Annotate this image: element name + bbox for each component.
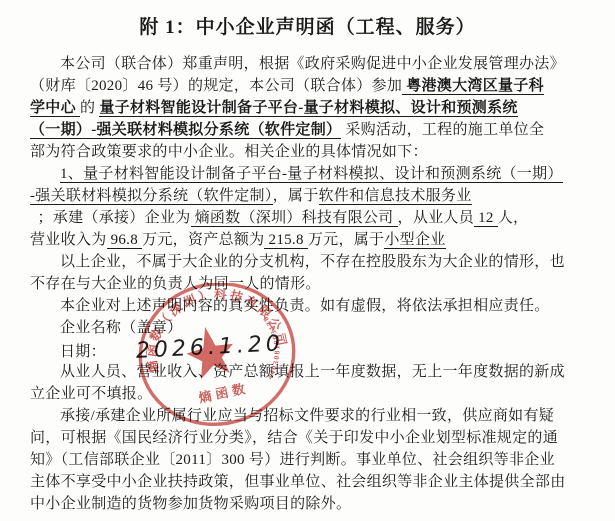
document-page: 附 1：中小企业声明函（工程、服务） 本公司（联合体）郑重声明，根据《政府采购促…	[0, 0, 615, 521]
handwritten-date: 2026.1.20	[135, 333, 284, 363]
document-line: 立企业可不填报。	[30, 383, 585, 405]
document-line: 1、量子材料智能设计制备子平台-量子材料模拟、设计和预测系统（一期）	[30, 163, 585, 185]
text-segment: 小型企业	[384, 232, 445, 249]
text-segment: 万元，资产总额为	[142, 232, 264, 248]
text-segment: 215.8	[264, 232, 307, 249]
document-line: 日期：2026.1.20	[30, 339, 585, 361]
text-segment: 承接/承建企业所属行业应当与招标文件要求的行业相一致，供应商如有疑	[60, 408, 554, 424]
text-segment: ，从业人员	[398, 210, 475, 226]
text-segment: 学中心	[30, 100, 80, 117]
text-segment: 营业收入为	[30, 232, 107, 248]
text-segment: -强关联材料模拟分系统（软件定制）	[30, 188, 273, 205]
text-segment: 本企业对上述声明内容的真实性负责。如有虚假，将依法承担相应责任。	[60, 298, 550, 314]
text-segment: 软件和信息技术服务业	[319, 188, 472, 205]
text-segment: （一期）-强关联材料模拟分系统（软件定制）	[30, 122, 341, 139]
document-line: 问，可根据《国民经济行业分类》，结合《关于印发中小企业划型标准规定的通	[30, 427, 585, 449]
text-segment: 采购活动，工程的施工单位全	[341, 122, 544, 138]
text-segment: ；承建（承接）企业为	[38, 210, 191, 226]
document-line: （一期）-强关联材料模拟分系统（软件定制） 采购活动，工程的施工单位全	[30, 119, 585, 141]
document-line: -强关联材料模拟分系统（软件定制），属于软件和信息技术服务业	[30, 185, 585, 207]
text-segment: 部为符合政策要求的中小企业。相关企业的具体情况如下：	[30, 144, 428, 160]
text-segment: ，属于	[273, 188, 319, 204]
text-segment: 1、量子材料智能设计制备子平台-量子材料模拟、设计和预测系统（一期）	[60, 166, 563, 183]
text-segment: 主体不享受中小企业扶持政策，但事业单位、社会组织等非企业主体提供全部由	[30, 474, 566, 490]
document-line: 学中心 的 量子材料智能设计制备子平台-量子材料模拟、设计和预测系统	[30, 97, 585, 119]
text-segment: 熵函数（深圳）科技有限公司	[191, 210, 398, 227]
document-line: 从业人员、营业收入、资产总额填报上一年度数据，无上一年度数据的新成	[30, 361, 585, 383]
text-segment: 量子材料智能设计制备子平台-量子材料模拟、设计和预测系统	[99, 100, 517, 117]
document-line: 企业名称（盖章）	[30, 317, 585, 339]
text-segment: （财库〔2020〕46 号）的规定，本公司（联合体）参加	[30, 78, 402, 94]
text-segment: 不存在与大企业的负责人为同一人的情形。	[30, 276, 321, 292]
text-segment: 12	[474, 210, 498, 227]
document-line: 以上企业，不属于大企业的分支机构，不存在控股股东为大企业的情形，也	[30, 251, 585, 273]
text-segment: 中小企业制造的货物参加货物采购项目的除外。	[30, 496, 351, 512]
text-segment: 日期：	[60, 344, 106, 360]
page-title: 附 1：中小企业声明函（工程、服务）	[0, 0, 615, 39]
text-segment: 问，可根据《国民经济行业分类》，结合《关于印发中小企业划型标准规定的通	[30, 430, 558, 446]
document-line: ；承建（承接）企业为 熵函数（深圳）科技有限公司 ，从业人员 12 人，	[30, 207, 585, 229]
document-line: 本公司（联合体）郑重声明，根据《政府采购促进中小企业发展管理办法》	[30, 53, 585, 75]
document-line: 不存在与大企业的负责人为同一人的情形。	[30, 273, 585, 295]
text-segment: 从业人员、营业收入、资产总额填报上一年度数据，无上一年度数据的新成	[60, 364, 565, 380]
text-segment: 96.8	[107, 232, 143, 249]
document-line: 部为符合政策要求的中小企业。相关企业的具体情况如下：	[30, 141, 585, 163]
text-segment: 以上企业，不属于大企业的分支机构，不存在控股股东为大企业的情形，也	[60, 254, 565, 270]
document-body: 本公司（联合体）郑重声明，根据《政府采购促进中小企业发展管理办法》（财库〔202…	[0, 53, 615, 515]
document-line: 承接/承建企业所属行业应当与招标文件要求的行业相一致，供应商如有疑	[30, 405, 585, 427]
text-segment: 本公司（联合体）郑重声明，根据《政府采购促进中小企业发展管理办法》	[60, 56, 565, 72]
text-segment: 粤港澳大湾区量子科	[402, 78, 544, 95]
text-segment: 企业名称（盖章）	[60, 320, 182, 336]
document-line: 中小企业制造的货物参加货物采购项目的除外。	[30, 493, 585, 515]
document-line: 本企业对上述声明内容的真实性负责。如有虚假，将依法承担相应责任。	[30, 295, 585, 317]
text-segment: 立企业可不填报。	[30, 386, 152, 402]
document-line: 营业收入为 96.8 万元，资产总额为 215.8 万元，属于小型企业	[30, 229, 585, 251]
text-segment: 万元，属于	[308, 232, 385, 248]
document-line: 主体不享受中小企业扶持政策，但事业单位、社会组织等非企业主体提供全部由	[30, 471, 585, 493]
document-line: 知》（工信部联企业〔2011〕300 号）进行判断。事业单位、社会组织等非企业	[30, 449, 585, 471]
document-line: （财库〔2020〕46 号）的规定，本公司（联合体）参加 粤港澳大湾区量子科	[30, 75, 585, 97]
text-segment: 人，	[498, 210, 529, 226]
text-segment: 知》（工信部联企业〔2011〕300 号）进行判断。事业单位、社会组织等非企业	[30, 452, 555, 468]
text-segment: 的	[80, 100, 99, 116]
